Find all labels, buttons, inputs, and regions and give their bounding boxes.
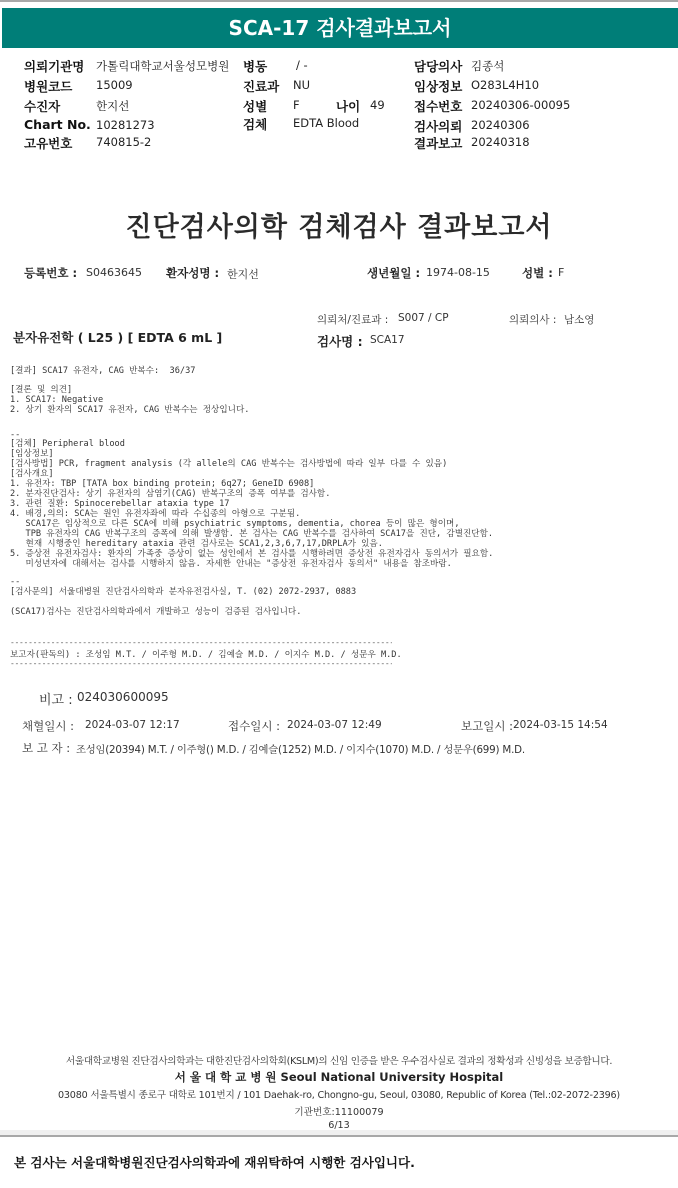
sex-label-2: 성별 : [522,265,553,281]
result-body: [결과] SCA17 유전자, CAG 반복수: 36/37 [결론 및 의견]… [10,366,493,619]
body-line: -- [10,430,493,439]
sex-label: 성별 [243,97,267,115]
birth-date-label: 생년월일 : [367,265,420,281]
received-label: 접수일시 : [228,718,280,734]
sex-value: F [293,98,300,112]
outsourced-note: 본 검사는 서울대학병원진단검사의학과에 재위탁하여 시행한 검사입니다. [14,1153,415,1171]
collected-label: 채혈일시 : [22,718,74,734]
clinical-info-label: 임상정보 [414,77,462,95]
received-value: 2024-03-07 12:49 [287,719,382,731]
referral-dept-value: S007 / CP [398,312,449,324]
hospital-address: 03080 서울특별시 종로구 대학로 101번지 / 101 Daehak-r… [0,1087,678,1101]
report-date-label: 결과보고 [414,134,462,152]
birth-date-value: 1974-08-15 [426,266,490,279]
body-line: [결론 및 의견] [10,385,493,395]
body-line: 5. 증상전 유전자검사: 환자의 가족중 증상이 없는 성인에서 본 검사를 … [10,549,493,559]
referral-doctor-label: 의뢰의사 : [509,312,556,327]
hospital-name: 서 울 대 학 교 병 원 Seoul National University … [0,1069,678,1085]
chart-no-label: Chart No. [24,117,91,132]
hospital-code-value: 15009 [96,78,133,92]
top-divider [0,0,678,2]
referral-dept-label: 의뢰처/진료과 : [317,312,388,327]
patient-value: 한지선 [96,98,129,114]
body-line [10,599,493,607]
patient-label: 수진자 [24,97,60,115]
receipt-no-value: 20240306-00095 [471,98,570,112]
bottom-divider [0,1135,678,1137]
report-date-value: 20240318 [471,135,530,149]
unique-no-label: 고유번호 [24,134,72,152]
body-line [10,377,493,385]
ward-label: 병동 [243,57,267,75]
specimen-value: EDTA Blood [293,116,359,130]
referring-institution-value: 가톨릭대학교서울성모병원 [96,58,229,74]
body-line: [검체] Peripheral blood [10,439,493,449]
reported-value: 2024-03-15 14:54 [513,719,608,731]
sex-value-2: F [558,266,564,279]
department-label: 진료과 [243,77,279,95]
chart-no-value: 10281273 [96,118,155,132]
body-line: 현재 시행중인 hereditary ataxia 관련 검사로는 SCA1,2… [10,539,493,549]
body-line: TPB 유전자의 CAG 반복구조의 증폭에 의해 발생함. 본 검사는 CAG… [10,529,493,539]
body-line: 1. 유전자: TBP [TATA box binding protein; 6… [10,479,493,489]
certification-note: 서울대학교병원 진단검사의학과는 대한진단검사의학회(KSLM)의 신임 인증을… [0,1053,678,1067]
collected-value: 2024-03-07 12:17 [85,719,180,731]
dash-separator-top: ----------------------------------------… [10,638,392,647]
age-label: 나이 [336,97,360,115]
request-date-label: 검사의뢰 [414,117,462,135]
body-line: [검사문의] 서울대병원 진단검사의학과 분자유전검사실, T. (02) 20… [10,587,493,599]
age-value: 49 [370,98,385,112]
body-line: 4. 배경,의의: SCA는 원인 유전자좌에 따라 수십종의 아형으로 구분됨… [10,509,493,519]
ward-value: / - [296,58,308,72]
attending-physician-label: 담당의사 [414,57,462,75]
referral-doctor-value: 남소영 [564,312,594,327]
remarks-value: 024030600095 [77,690,169,704]
patient-name-value: 한지선 [227,266,259,282]
body-line: -- [10,577,493,587]
body-line [10,422,493,430]
body-line [10,415,493,422]
body-line: [임상정보] [10,449,493,459]
dash-separator-bottom: ----------------------------------------… [10,659,392,668]
body-line [10,569,493,577]
specimen-label: 검체 [243,115,267,133]
request-date-value: 20240306 [471,118,530,132]
report-banner: SCA-17 검사결과보고서 [2,8,678,48]
test-section: 분자유전학 ( L25 ) [ EDTA 6 mL ] [13,328,222,346]
body-line: [결과] SCA17 유전자, CAG 반복수: 36/37 [10,366,493,377]
hospital-code-label: 병원코드 [24,77,72,95]
referring-institution-label: 의뢰기관명 [24,57,84,75]
receipt-no-label: 접수번호 [414,97,462,115]
body-line: 3. 관련 질환: Spinocerebellar ataxia type 17 [10,499,493,509]
remarks-label: 비고 : [39,689,73,708]
body-line: 1. SCA17: Negative [10,395,493,405]
attending-physician-value: 김종석 [471,58,504,74]
patient-name-label: 환자성명 : [166,265,219,281]
institution-number: 기관번호:11100079 [0,1104,678,1118]
test-name-value: SCA17 [370,334,405,346]
department-value: NU [293,78,310,92]
reg-no-value: S0463645 [86,266,142,279]
body-line: [검사방법] PCR, fragment analysis (각 allele의… [10,459,493,469]
test-name-label: 검사명 : [317,332,363,350]
body-line: 미성년자에 대해서는 검사를 시행하지 않음. 자세한 안내는 "증상전 유전자… [10,559,493,569]
reported-label: 보고일시 : [461,718,513,734]
clinical-info-value: O283L4H10 [471,78,539,92]
document-title: 진단검사의학 검체검사 결과보고서 [0,205,678,244]
reporter-value: 조성임(20394) M.T. / 이주형() M.D. / 김예슬(1252)… [76,741,525,756]
reg-no-label: 등록번호 : [24,265,77,281]
body-line: 2. 분자진단검사: 상기 유전자의 삼염기(CAG) 반복구조의 증폭 여부를… [10,489,493,499]
reporter-label: 보 고 자 : [22,740,70,756]
body-line: 2. 상기 환자의 SCA17 유전자, CAG 반복수는 정상입니다. [10,405,493,415]
body-line: (SCA17)검사는 진단검사의학과에서 개발하고 성능이 검증된 검사입니다. [10,607,493,619]
unique-no-value: 740815-2 [96,135,151,149]
body-line: SCA17은 임상적으로 다른 SCA에 비해 psychiatric symp… [10,519,493,529]
body-line: [검사개요] [10,469,493,479]
